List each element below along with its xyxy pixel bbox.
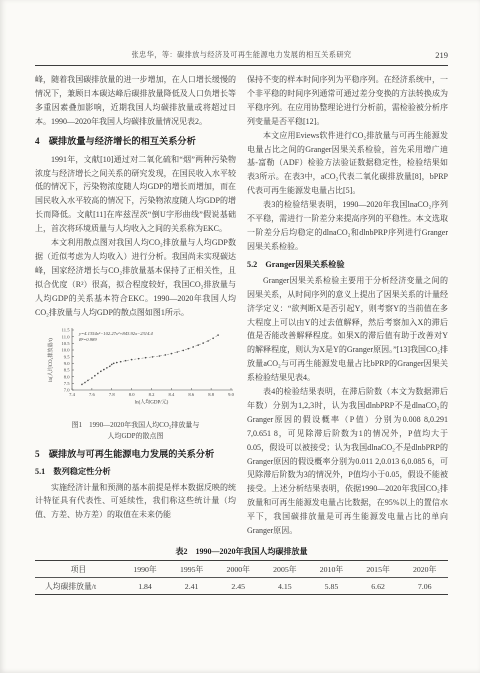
right-column: 保持不变的样本时间序列为平稳序列。在经济系统中，一个非平稳的时间序列通常可通过差… (247, 73, 448, 538)
section-4-heading: 4 碳排放量与经济增长的相互关系分析 (35, 135, 236, 148)
svg-text:10.5: 10.5 (61, 340, 70, 345)
table-header-cell: 2020年 (401, 561, 448, 578)
svg-text:8.0: 8.0 (129, 392, 135, 397)
page-number: 219 (435, 50, 448, 60)
figure-1-caption: 图1 1990—2020年我国人均CO₂排放量与 人均GDP的散点图 (35, 420, 236, 442)
table-cell: 6.62 (355, 578, 402, 595)
figure-caption-line1: 图1 1990—2020年我国人均CO₂排放量与 (35, 420, 236, 431)
paragraph: 表3的检验结果表明，1990—2020年我国lnaCO₂序列不平稳，需进行一阶差… (247, 198, 448, 254)
table-header-cell: 2000年 (215, 561, 262, 578)
paper-page: 张忠华，等：碳排放与经济及可再生能源电力发展的相互关系研究 219 峰，随着我国… (0, 0, 480, 673)
table-header-cell: 1995年 (168, 561, 215, 578)
figure-caption-line2: 人均GDP的散点图 (35, 431, 236, 442)
svg-text:11.5: 11.5 (62, 327, 71, 332)
table-cell: 5.85 (308, 578, 355, 595)
paragraph: 本文利用散点图对我国人均CO₂排放量与人均GDP数据（近似考虑为人均收入）进行分… (35, 236, 236, 319)
figure-1: 7.07.58.08.59.09.510.010.511.011.57.47.6… (35, 324, 236, 442)
table-cell: 4.15 (262, 578, 309, 595)
table-cell: 1.84 (122, 578, 169, 595)
section-5-heading: 5 碳排放与可再生能源电力发展的关系分析 (35, 448, 236, 461)
paragraph: 峰，随着我国碳排放量的进一步增加，在人口增长缓慢的情况下，兼顾日本碳达峰后碳排放… (35, 73, 236, 129)
svg-text:ln(人均CO₂排放量/t): ln(人均CO₂排放量/t) (47, 337, 54, 381)
paragraph: 1991年，文献[10]通过对二氧化硫和“烟”两种污染物浓度与经济增长之间关系的… (35, 153, 236, 236)
table-header-row: 项目 1990年 1995年 2000年 2005年 2010年 2015年 2… (35, 561, 448, 578)
paragraph: Granger因果关系检验主要用于分析经济变量之间的因果关系，从时间序列的意义上… (247, 274, 448, 385)
svg-text:7.6: 7.6 (89, 392, 95, 397)
table-header-cell: 2015年 (355, 561, 402, 578)
paragraph: 实施经济计量和预测的基本前提是样本数据反映的统计特征具有代表性、可延续性，我们称… (35, 481, 236, 523)
svg-text:7.5: 7.5 (64, 380, 70, 385)
svg-text:9.0: 9.0 (228, 392, 234, 397)
table-2-block: 表2 1990—2020年我国人均碳排放量 项目 1990年 1995年 200… (35, 546, 448, 595)
section-5-2-heading: 5.2 Granger因果关系检验 (247, 259, 448, 271)
table-2: 项目 1990年 1995年 2000年 2005年 2010年 2015年 2… (35, 560, 448, 595)
page-header: 张忠华，等：碳排放与经济及可再生能源电力发展的相互关系研究 219 (35, 50, 448, 64)
table-header-cell: 项目 (35, 561, 122, 578)
svg-text:y=4.1354x³−102.27x²+843.92x−23: y=4.1354x³−102.27x²+843.92x−2314.4 (78, 331, 154, 336)
paragraph: 本文应用Eviews软件进行CO₂排放量与可再生能源发电量占比之间的Grange… (247, 129, 448, 199)
table-header-cell: 2010年 (308, 561, 355, 578)
svg-text:11.0: 11.0 (62, 334, 71, 339)
paragraph: 表4的检验结果表明，在滞后阶数（本文为数据滞后年数）分别为1,2,3时，认为我国… (247, 385, 448, 538)
svg-text:7.8: 7.8 (109, 392, 115, 397)
svg-text:ln(人均GDP/元): ln(人均GDP/元) (135, 398, 169, 405)
svg-text:9.0: 9.0 (64, 360, 70, 365)
left-column: 峰，随着我国碳排放量的进一步增加，在人口增长缓慢的情况下，兼顾日本碳达峰后碳排放… (35, 73, 236, 538)
table-2-caption: 表2 1990—2020年我国人均碳排放量 (35, 546, 448, 557)
svg-text:8.0: 8.0 (64, 374, 70, 379)
svg-text:R²=0.989: R²=0.989 (78, 337, 97, 342)
table-cell: 2.45 (215, 578, 262, 595)
section-5-1-heading: 5.1 数列稳定性分析 (35, 466, 236, 478)
table-row: 人均碳排放量/t 1.84 2.41 2.45 4.15 5.85 6.62 7… (35, 578, 448, 595)
header-rule (35, 65, 448, 66)
running-title: 张忠华，等：碳排放与经济及可再生能源电力发展的相互关系研究 (131, 51, 351, 59)
table-header-cell: 1990年 (122, 561, 169, 578)
two-column-body: 峰，随着我国碳排放量的进一步增加，在人口增长缓慢的情况下，兼顾日本碳达峰后碳排放… (35, 73, 448, 538)
svg-text:7.4: 7.4 (69, 392, 75, 397)
paragraph: 保持不变的样本时间序列为平稳序列。在经济系统中，一个非平稳的时间序列通常可通过差… (247, 73, 448, 129)
table-cell: 7.06 (401, 578, 448, 595)
svg-text:8.2: 8.2 (149, 392, 155, 397)
table-header-cell: 2005年 (262, 561, 309, 578)
svg-text:8.5: 8.5 (64, 367, 70, 372)
svg-text:9.5: 9.5 (64, 354, 70, 359)
svg-text:10.0: 10.0 (61, 347, 70, 352)
table-cell: 人均碳排放量/t (35, 578, 122, 595)
table-cell: 2.41 (168, 578, 215, 595)
svg-text:8.8: 8.8 (208, 392, 214, 397)
svg-text:8.4: 8.4 (169, 392, 175, 397)
svg-text:8.6: 8.6 (188, 392, 194, 397)
scatter-chart: 7.07.58.08.59.09.510.010.511.011.57.47.6… (45, 324, 239, 418)
